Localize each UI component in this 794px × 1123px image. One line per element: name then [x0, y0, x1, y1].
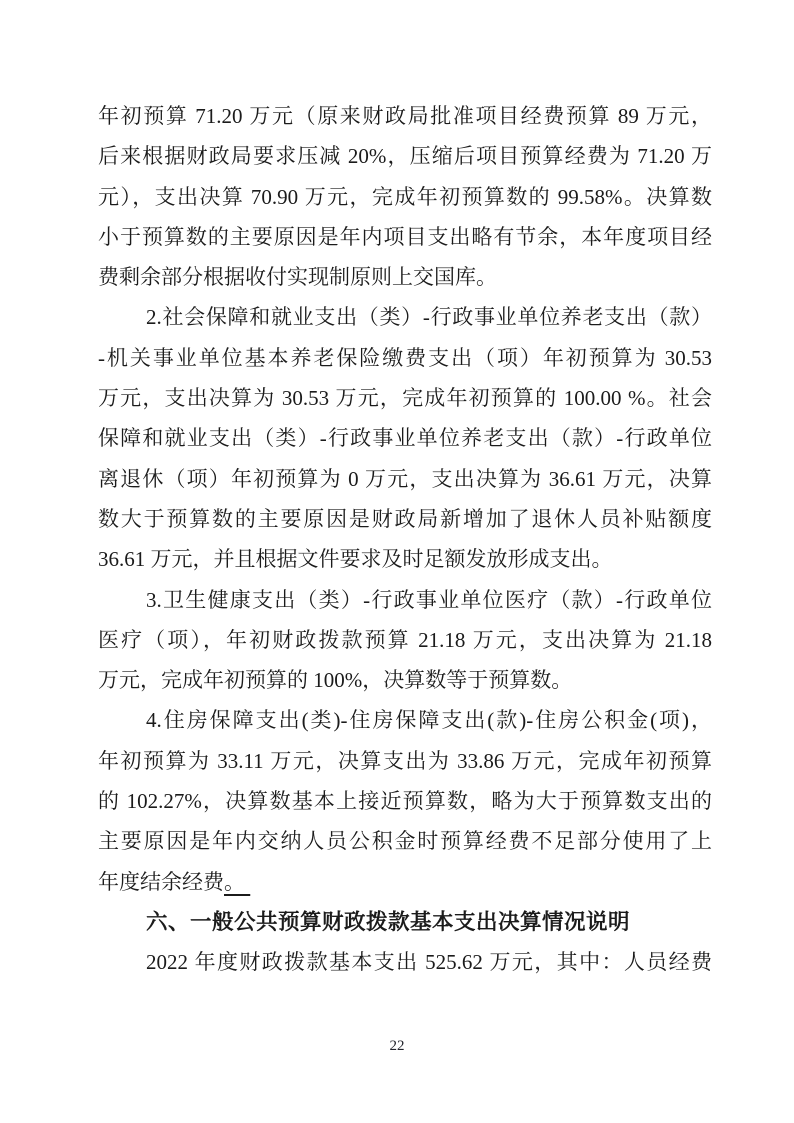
text-line: 主要原因是年内交纳人员公积金时预算经费不足部分使用了上 — [98, 821, 712, 861]
page-number: 22 — [0, 1038, 794, 1055]
text-line: 万元，完成年初预算的 100%，决算数等于预算数。 — [98, 660, 712, 700]
document-page: 年初预算 71.20 万元（原来财政局批准项目经费预算 89 万元，后来根据财政… — [0, 0, 794, 1123]
text-line: 3.卫生健康支出（类）-行政事业单位医疗（款）-行政单位 — [98, 580, 712, 620]
text-line: 元），支出决算 70.90 万元，完成年初预算数的 99.58%。决算数 — [98, 177, 712, 217]
text-line: 数大于预算数的主要原因是财政局新增加了退休人员补贴额度 — [98, 499, 712, 539]
text-line: 2.社会保障和就业支出（类）-行政事业单位养老支出（款） — [98, 297, 712, 337]
text-line: 4.住房保障支出(类)-住房保障支出(款)-住房公积金(项)， — [98, 700, 712, 740]
underline-mark: 。 — [224, 870, 250, 894]
text-line: 万元，支出决算为 30.53 万元，完成年初预算的 100.00 %。社会 — [98, 378, 712, 418]
para-2-social-security-employment: 2.社会保障和就业支出（类）-行政事业单位养老支出（款）-机关事业单位基本养老保… — [98, 297, 712, 579]
text-line: 年初预算 71.20 万元（原来财政局批准项目经费预算 89 万元， — [98, 96, 712, 136]
text-line: 保障和就业支出（类）-行政事业单位养老支出（款）-行政单位 — [98, 418, 712, 458]
para-project-budget-continued: 年初预算 71.20 万元（原来财政局批准项目经费预算 89 万元，后来根据财政… — [98, 96, 712, 297]
text-line: 医疗（项），年初财政拨款预算 21.18 万元，支出决算为 21.18 — [98, 620, 712, 660]
text-line: 2022 年度财政拨款基本支出 525.62 万元，其中：人员经费 — [98, 942, 712, 982]
text-line: 六、一般公共预算财政拨款基本支出决算情况说明 — [98, 902, 712, 942]
text-line: 年初预算为 33.11 万元，决算支出为 33.86 万元，完成年初预算 — [98, 741, 712, 781]
text-line: 小于预算数的主要原因是年内项目支出略有节余，本年度项目经 — [98, 217, 712, 257]
text-line: 年度结余经费。 — [98, 862, 712, 902]
para-4-housing: 4.住房保障支出(类)-住房保障支出(款)-住房公积金(项)，年初预算为 33.… — [98, 700, 712, 901]
para-basic-expenditure: 2022 年度财政拨款基本支出 525.62 万元，其中：人员经费 — [98, 942, 712, 982]
heading-section-six: 六、一般公共预算财政拨款基本支出决算情况说明 — [98, 902, 712, 942]
text-line: 费剩余部分根据收付实现制原则上交国库。 — [98, 257, 712, 297]
text-line: -机关事业单位基本养老保险缴费支出（项）年初预算为 30.53 — [98, 338, 712, 378]
text-line: 后来根据财政局要求压减 20%，压缩后项目预算经费为 71.20 万 — [98, 136, 712, 176]
text-line: 离退休（项）年初预算为 0 万元，支出决算为 36.61 万元，决算 — [98, 459, 712, 499]
para-3-health: 3.卫生健康支出（类）-行政事业单位医疗（款）-行政单位医疗（项），年初财政拨款… — [98, 580, 712, 701]
text-line: 36.61 万元，并且根据文件要求及时足额发放形成支出。 — [98, 539, 712, 579]
document-body: 年初预算 71.20 万元（原来财政局批准项目经费预算 89 万元，后来根据财政… — [98, 96, 712, 983]
text-line: 的 102.27%，决算数基本上接近预算数，略为大于预算数支出的 — [98, 781, 712, 821]
